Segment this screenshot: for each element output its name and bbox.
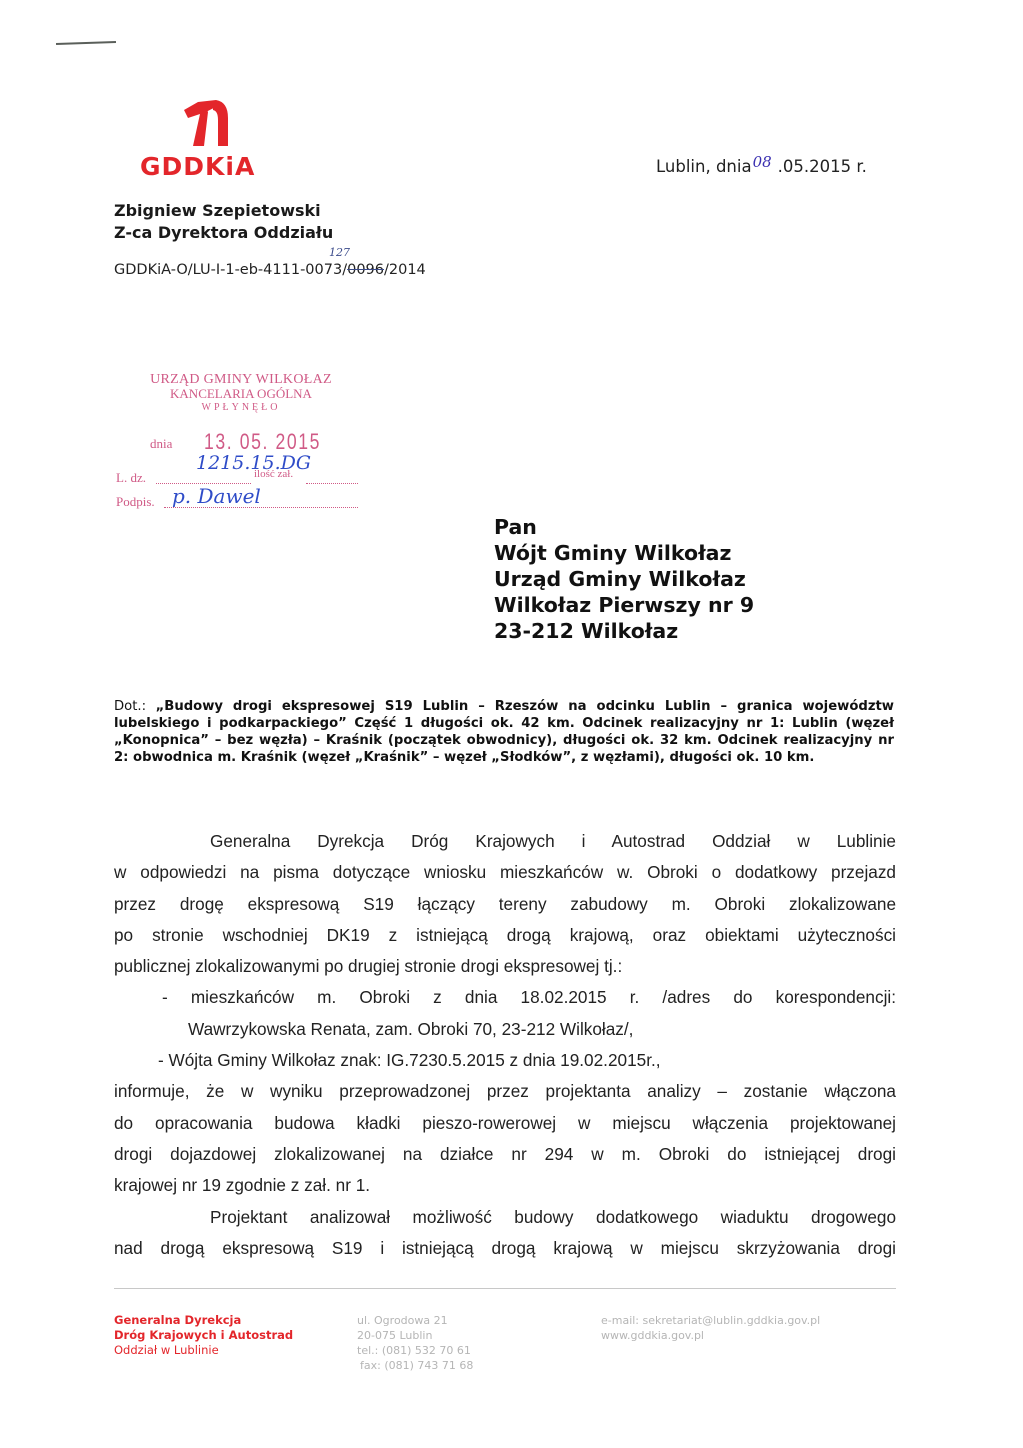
letter-body: Generalna Dyrekcja Dróg Krajowych i Auto… bbox=[114, 826, 896, 1264]
place-date-prefix: Lublin, dnia bbox=[656, 157, 752, 176]
handwritten-day: 08 bbox=[753, 153, 772, 171]
handwritten-correction: 127 bbox=[329, 246, 350, 259]
footer-organization: Generalna Dyrekcja Dróg Krajowych i Auto… bbox=[114, 1313, 293, 1358]
gddkia-logo: GDDKiA bbox=[140, 98, 270, 181]
reference-suffix: /2014 bbox=[384, 262, 426, 278]
footer-email[interactable]: e-mail: sekretariat@lublin.gddkia.gov.pl bbox=[601, 1313, 820, 1328]
body-line: w odpowiedzi na pisma dotyczące wniosku … bbox=[114, 857, 896, 888]
body-line: drogi dojazdowej zlokalizowanej na dział… bbox=[114, 1139, 896, 1170]
reference-struck: 0096 bbox=[347, 262, 384, 278]
footer-city: 20-075 Lublin bbox=[357, 1328, 473, 1343]
stamp-signature-label: Podpis. bbox=[116, 494, 155, 510]
body-line: po stronie wschodniej DK19 z istniejącą … bbox=[114, 920, 896, 951]
reference-prefix: GDDKiA-O/LU-I-1-eb-4111-0073/ bbox=[114, 262, 347, 278]
footer-org-line3: Oddział w Lublinie bbox=[114, 1343, 293, 1358]
logo-text: GDDKiA bbox=[140, 152, 270, 181]
road-logo-icon bbox=[178, 98, 232, 148]
receipt-stamp: URZĄD GMINY WILKOŁAZ KANCELARIA OGÓLNA W… bbox=[116, 372, 366, 514]
addressee-line: Urząd Gminy Wilkołaz bbox=[494, 566, 754, 592]
stamp-attachments-dots bbox=[306, 470, 358, 484]
stamp-ldz-dots bbox=[156, 470, 251, 484]
list-item: - mieszkańców m. Obroki z dnia 18.02.201… bbox=[114, 982, 896, 1013]
body-line: publicznej zlokalizowanymi po drugiej st… bbox=[114, 951, 896, 982]
footer-divider bbox=[114, 1288, 896, 1289]
subject-text: „Budowy drogi ekspresowej S19 Lublin – R… bbox=[114, 699, 894, 765]
addressee-line: 23-212 Wilkołaz bbox=[494, 618, 754, 644]
footer-tel: tel.: (081) 532 70 61 bbox=[357, 1343, 473, 1358]
subject-block: Dot.: „Budowy drogi ekspresowej S19 Lubl… bbox=[114, 698, 894, 766]
body-line: do opracowania budowa kładki pieszo-rowe… bbox=[114, 1108, 896, 1139]
sender-name: Zbigniew Szepietowski bbox=[114, 200, 333, 222]
body-line: Generalna Dyrekcja Dróg Krajowych i Auto… bbox=[114, 826, 896, 857]
addressee-block: Pan Wójt Gminy Wilkołaz Urząd Gminy Wilk… bbox=[494, 514, 754, 644]
addressee-line: Wilkołaz Pierwszy nr 9 bbox=[494, 592, 754, 618]
list-item-continuation: Wawrzykowska Renata, zam. Obroki 70, 23-… bbox=[114, 1014, 896, 1045]
sender-block: Zbigniew Szepietowski Z-ca Dyrektora Odd… bbox=[114, 200, 333, 244]
stamp-dept: KANCELARIA OGÓLNA bbox=[116, 387, 366, 401]
footer-website[interactable]: www.gddkia.gov.pl bbox=[601, 1328, 820, 1343]
stamp-date-label: dnia bbox=[150, 436, 172, 452]
stamp-ldz-label: L. dz. bbox=[116, 470, 146, 486]
reference-number: GDDKiA-O/LU-I-1-eb-4111-0073/0096/2014 1… bbox=[114, 262, 426, 278]
place-date-suffix: .05.2015 r. bbox=[778, 157, 867, 176]
stamp-attachments-label: ilość zał. bbox=[254, 468, 293, 480]
list-item: - Wójta Gminy Wilkołaz znak: IG.7230.5.2… bbox=[114, 1045, 896, 1076]
stamp-office: URZĄD GMINY WILKOŁAZ bbox=[116, 372, 366, 387]
body-line: informuje, że w wyniku przeprowadzonej p… bbox=[114, 1076, 896, 1107]
body-line: nad drogą ekspresową S19 i istniejącą dr… bbox=[114, 1233, 896, 1264]
place-date: Lublin, dnia08.05.2015 r. bbox=[656, 157, 867, 176]
footer-contact: e-mail: sekretariat@lublin.gddkia.gov.pl… bbox=[601, 1313, 820, 1343]
body-line: krajowej nr 19 zgodnie z zał. nr 1. bbox=[114, 1170, 896, 1201]
subject-label: Dot.: bbox=[114, 699, 146, 714]
addressee-line: Wójt Gminy Wilkołaz bbox=[494, 540, 754, 566]
stamp-signature-handwritten: p. Dawel bbox=[172, 484, 261, 508]
footer-org-line2: Dróg Krajowych i Autostrad bbox=[114, 1328, 293, 1342]
stamp-signature-row: Podpis. p. Dawel bbox=[116, 490, 366, 514]
footer-street: ul. Ogrodowa 21 bbox=[357, 1313, 473, 1328]
footer-fax: fax: (081) 743 71 68 bbox=[357, 1358, 473, 1373]
addressee-line: Pan bbox=[494, 514, 754, 540]
body-line: Projektant analizował możliwość budowy d… bbox=[114, 1202, 896, 1233]
footer-address: ul. Ogrodowa 21 20-075 Lublin tel.: (081… bbox=[357, 1313, 473, 1373]
sender-title: Z-ca Dyrektora Oddziału bbox=[114, 222, 333, 244]
stamp-received: WPŁYNĘŁO bbox=[116, 401, 366, 414]
scan-artifact-mark bbox=[56, 41, 116, 45]
footer-org-line1: Generalna Dyrekcja bbox=[114, 1313, 241, 1327]
body-line: przez drogę ekspresową S19 łączący teren… bbox=[114, 889, 896, 920]
